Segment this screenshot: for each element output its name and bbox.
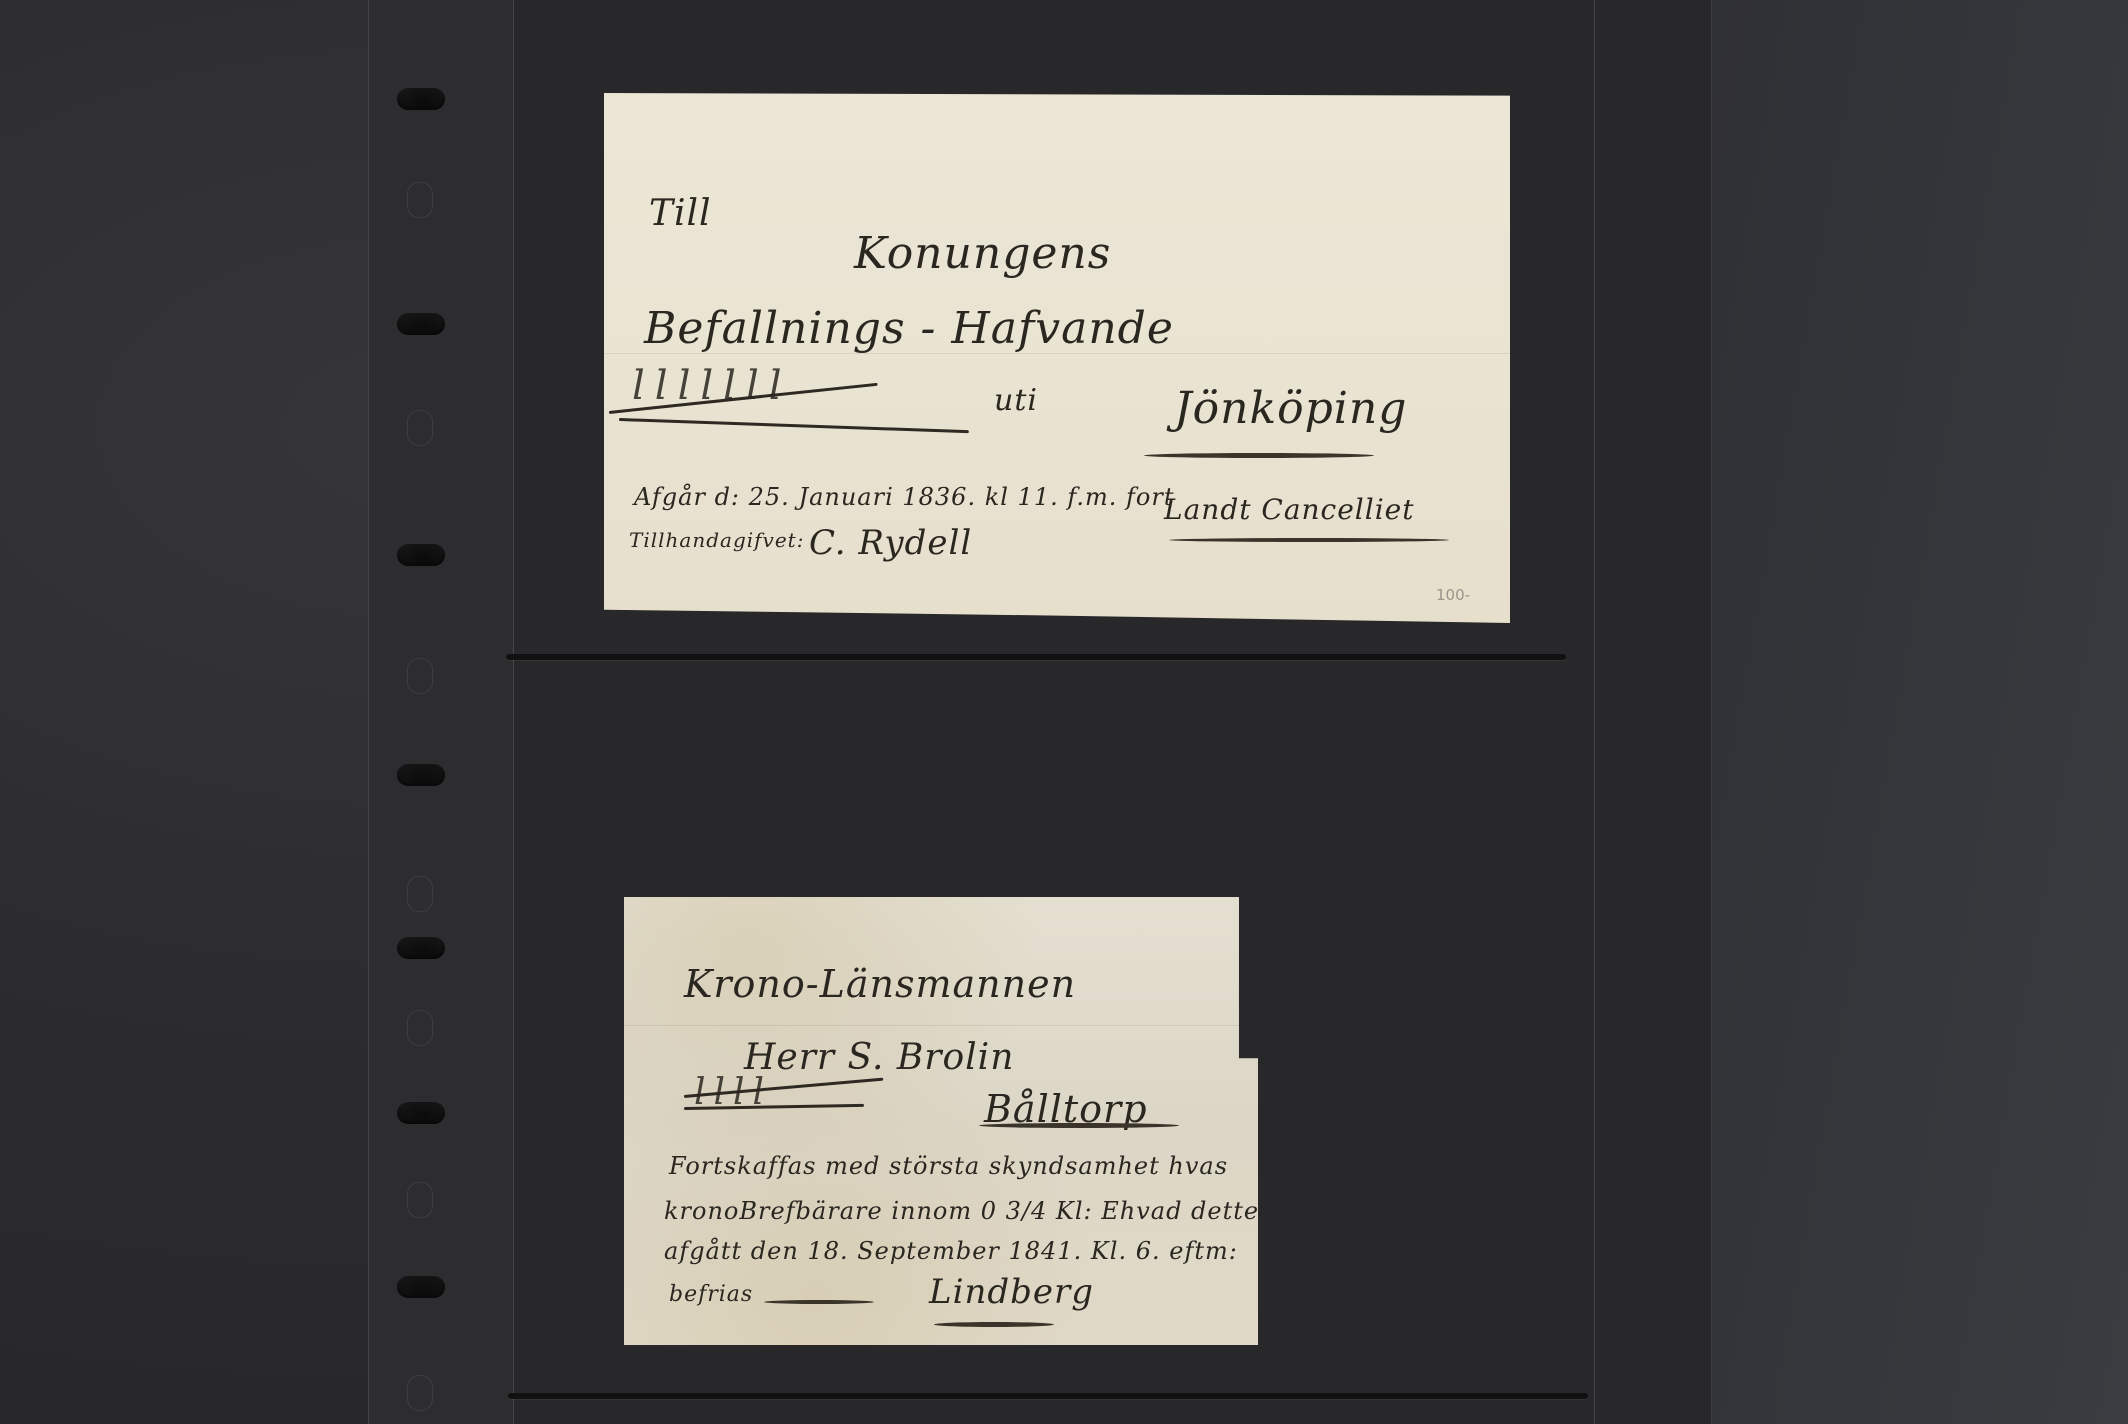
punch-hole — [397, 764, 445, 786]
body-line: kronoBrefbärare innom 0 3/4 Kl: Ehvad de… — [664, 1197, 1258, 1225]
body-line: Fortskaffas med största skyndsamhet hvas — [669, 1152, 1228, 1180]
endorsement-label: Tillhandagifvet: — [629, 528, 804, 552]
address-line: Krono-Länsmannen — [684, 962, 1076, 1006]
punch-hole — [397, 937, 445, 959]
punch-hole — [397, 544, 445, 566]
punch-emboss — [407, 876, 433, 912]
sleeve-edge — [1594, 0, 1595, 1424]
pencil-price-note: 100- — [1436, 586, 1470, 604]
punch-emboss — [407, 410, 433, 446]
sender-office: Landt Cancelliet — [1164, 493, 1415, 526]
punch-hole — [397, 313, 445, 335]
punch-emboss — [407, 658, 433, 694]
flourish — [764, 1300, 874, 1304]
flourish — [1169, 538, 1449, 542]
flourish — [979, 1123, 1179, 1128]
address-line: Till — [649, 193, 712, 234]
fold-line — [624, 1025, 1258, 1026]
crossed-out-text: llll — [694, 1072, 772, 1113]
binding-strip — [368, 0, 514, 1424]
album-background-panel — [1712, 0, 2128, 1424]
signature: C. Rydell — [809, 523, 972, 563]
letter-bottom: Krono-Länsmannen Herr S. Brolin llll Bål… — [624, 897, 1258, 1345]
punch-emboss — [407, 1010, 433, 1046]
body-line: afgått den 18. September 1841. Kl. 6. ef… — [664, 1237, 1238, 1265]
strike-through — [619, 418, 969, 433]
address-line: Befallnings - Hafvande — [644, 303, 1174, 354]
letter-top: Till Konungens Befallnings - Hafvande ll… — [604, 93, 1510, 623]
signature: Lindberg — [929, 1272, 1094, 1312]
punch-emboss — [407, 1182, 433, 1218]
punch-emboss — [407, 1375, 433, 1411]
crossed-out-text: lllllll — [632, 363, 792, 409]
address-line: uti — [994, 383, 1038, 418]
flourish — [934, 1322, 1054, 1327]
sleeve-strip-bottom — [508, 1393, 1588, 1399]
flourish — [1144, 453, 1374, 458]
address-line: Konungens — [854, 228, 1111, 279]
punch-emboss — [407, 182, 433, 218]
punch-hole — [397, 1102, 445, 1124]
punch-hole — [397, 88, 445, 110]
address-line: Herr S. Brolin — [744, 1037, 1014, 1078]
destination: Jönköping — [1174, 383, 1407, 434]
punch-hole — [397, 1276, 445, 1298]
endorsement-date: Afgår d: 25. Januari 1836. kl 11. f.m. f… — [634, 483, 1174, 511]
album-photo: Till Konungens Befallnings - Hafvande ll… — [0, 0, 2128, 1424]
sleeve-strip-top — [506, 654, 1566, 660]
body-line: befrias — [669, 1282, 753, 1307]
